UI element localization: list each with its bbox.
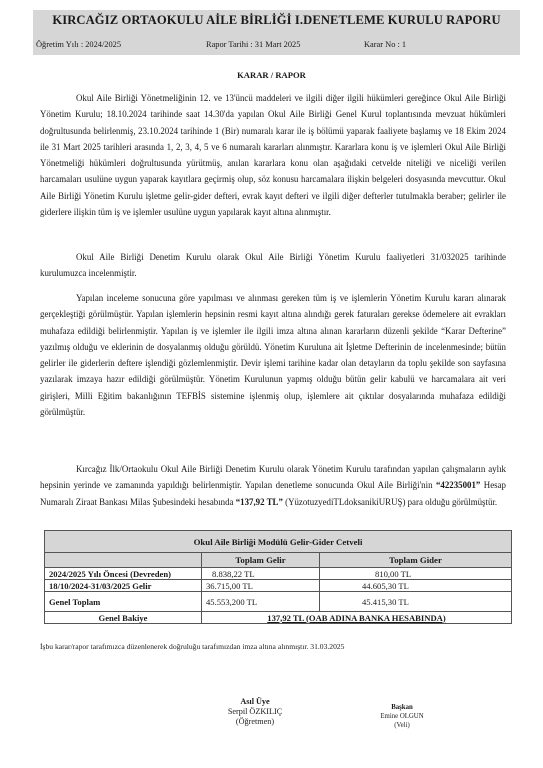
- academic-year: Öğretim Yılı : 2024/2025: [36, 40, 121, 49]
- balance-value: 137,92 TL (OAB ADINA BANKA HESABINDA): [202, 612, 512, 624]
- signature-member: Asıl Üye Serpil ÖZKILIÇ (Öğretmen): [215, 697, 295, 727]
- section-title: KARAR / RAPOR: [0, 70, 543, 80]
- table-row: 18/10/2024-31/03/2025 Gelir 36.715,00 TL…: [45, 580, 512, 592]
- income-expense-table: Okul Aile Birliği Modülü Gelir-Gider Cet…: [44, 530, 512, 624]
- table-caption: Okul Aile Birliği Modülü Gelir-Gider Cet…: [45, 531, 512, 553]
- table-header-income: Toplam Gelir: [202, 553, 320, 568]
- account-number: “42235001”: [436, 480, 480, 490]
- closing-statement: İşbu karar/rapor tarafımızca düzenlenere…: [40, 642, 344, 651]
- paragraph-4: Kırcağız İlk/Ortaokulu Okul Aile Birliği…: [40, 461, 506, 510]
- decision-number: Karar No : 1: [364, 40, 406, 49]
- balance-label: Genel Bakiye: [45, 612, 202, 624]
- paragraph-1: Okul Aile Birliği Yönetmeliğinin 12. ve …: [40, 90, 506, 220]
- paragraph-3: Yapılan inceleme sonucuna göre yapılması…: [40, 290, 506, 420]
- balance-row: Genel Bakiye 137,92 TL (OAB ADINA BANKA …: [45, 612, 512, 624]
- table-row: 2024/2025 Yılı Öncesi (Devreden) 8.838,2…: [45, 568, 512, 580]
- paragraph-2: Okul Aile Birliği Denetim Kurulu olarak …: [40, 249, 506, 282]
- table-row: Genel Toplam 45.553,200 TL 45.415,30 TL: [45, 592, 512, 612]
- table-header-expense: Toplam Gider: [320, 553, 512, 568]
- signature-president: Başkan Emine OLGUN (Veli): [369, 703, 435, 730]
- report-header: KIRCAĞIZ ORTAOKULU AİLE BİRLİĞİ I.DENETL…: [33, 10, 520, 55]
- table-header-empty: [45, 553, 202, 568]
- report-date: Rapor Tarihi : 31 Mart 2025: [206, 40, 300, 49]
- balance-amount: “137,92 TL”: [236, 497, 283, 507]
- report-title: KIRCAĞIZ ORTAOKULU AİLE BİRLİĞİ I.DENETL…: [33, 13, 520, 28]
